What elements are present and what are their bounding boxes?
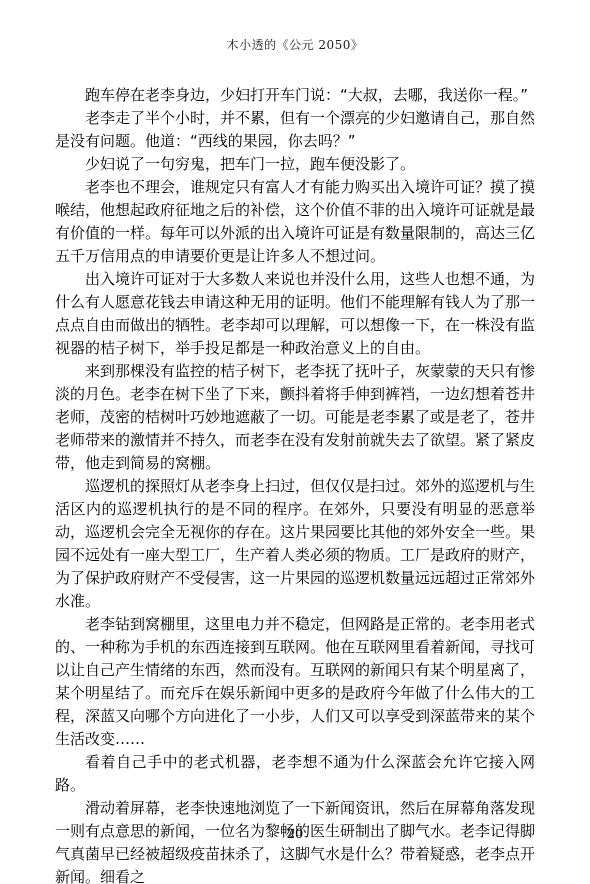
paragraph: 来到那棵没有监控的桔子树下，老李抚了抚叶子，灰蒙蒙的天只有惨淡的月色。老李在树下… xyxy=(55,360,535,475)
paragraph: 老李走了半个小时，并不累，但有一个漂亮的少妇邀请自己，那自然是没有问题。他道：“… xyxy=(55,107,535,153)
paragraph: 出入境许可证对于大多数人来说也并没什么用，这些人也想不通，为什么有人愿意花钱去申… xyxy=(55,268,535,360)
paragraph: 老李钻到窝棚里，这里电力并不稳定，但网路是正常的。老李用老式的、一种称为手机的东… xyxy=(55,613,535,751)
running-header-title: 木小透的《公元 2050》 xyxy=(0,36,590,53)
document-page: 木小透的《公元 2050》 跑车停在老李身边，少妇打开车门说：“大叔，去哪，我送… xyxy=(0,0,590,884)
paragraph: 看着自己手中的老式机器，老李想不通为什么深蓝会允许它接入网路。 xyxy=(55,751,535,797)
body-text: 跑车停在老李身边，少妇打开车门说：“大叔，去哪，我送你一程。” 老李走了半个小时… xyxy=(55,84,535,884)
paragraph: 少妇说了一句穷鬼，把车门一拉，跑车便没影了。 xyxy=(55,153,535,176)
page-number: 20 xyxy=(0,827,590,842)
paragraph: 老李也不理会，谁规定只有富人才有能力购买出入境许可证？摸了摸喉结，他想起政府征地… xyxy=(55,176,535,268)
paragraph: 巡逻机的探照灯从老李身上扫过，但仅仅是扫过。郊外的巡逻机与生活区内的巡逻机执行的… xyxy=(55,475,535,613)
paragraph: 跑车停在老李身边，少妇打开车门说：“大叔，去哪，我送你一程。” xyxy=(55,84,535,107)
